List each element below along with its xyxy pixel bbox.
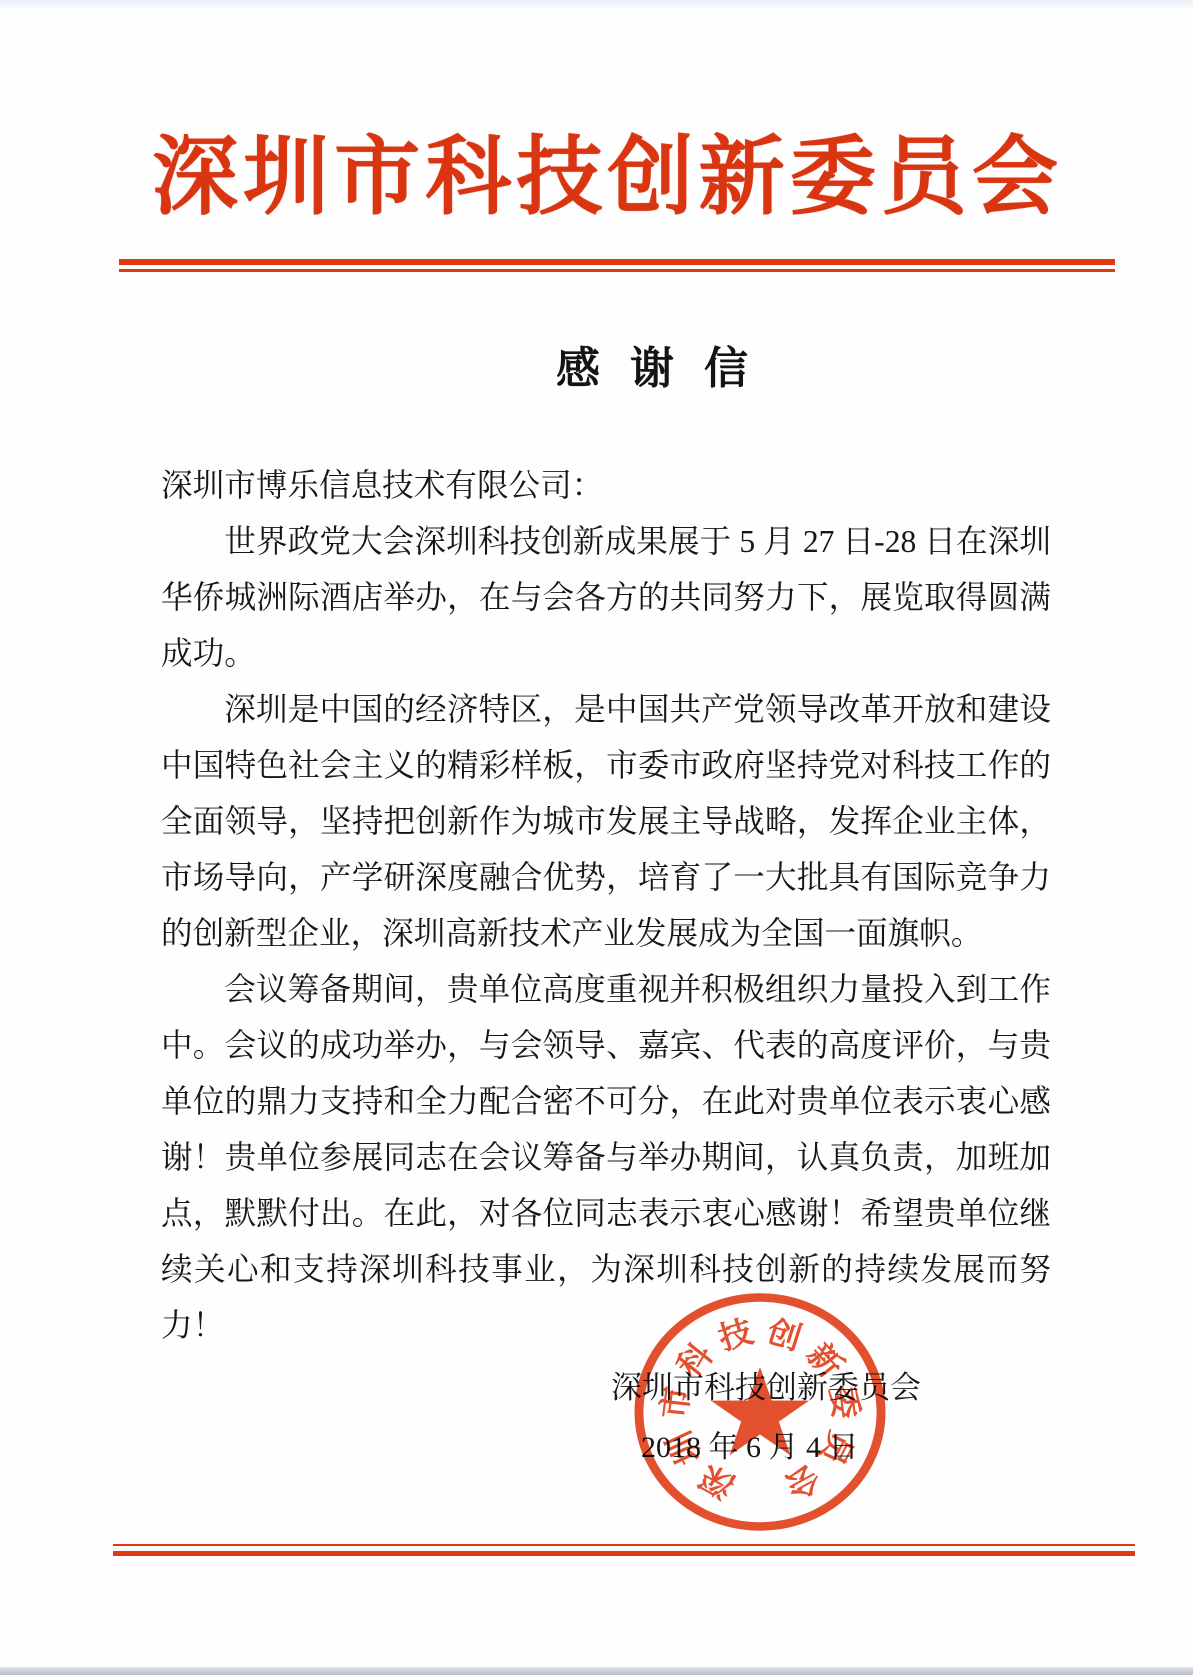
letterhead-org-name: 深圳市科技创新委员会 xyxy=(152,134,1058,220)
document-title: 感谢信 xyxy=(556,347,748,391)
svg-text:委: 委 xyxy=(823,1385,865,1421)
letter-page: 深圳市科技创新委员会 感谢信 深圳市博乐信息技术有限公司： 世界政党大会深圳科技… xyxy=(0,0,1193,1675)
svg-text:科: 科 xyxy=(670,1337,721,1385)
official-seal: 深圳市科技创新委员会 xyxy=(631,1290,889,1534)
svg-text:会: 会 xyxy=(778,1457,826,1504)
footer-rule-thick xyxy=(113,1551,1135,1556)
letter-body: 深圳市博乐信息技术有限公司： 世界政党大会深圳科技创新成果展于 5 月 27 日… xyxy=(161,458,1051,1354)
seal-star-icon xyxy=(711,1367,809,1455)
svg-text:新: 新 xyxy=(799,1337,850,1385)
svg-text:市: 市 xyxy=(656,1385,698,1421)
paragraph-1: 世界政党大会深圳科技创新成果展于 5 月 27 日-28 日在深圳华侨城洲际酒店… xyxy=(161,514,1051,682)
svg-text:深: 深 xyxy=(694,1457,742,1504)
svg-text:员: 员 xyxy=(810,1425,860,1472)
footer-rule-thin xyxy=(113,1544,1135,1546)
paragraph-2: 深圳是中国的经济特区，是中国共产党领导改革开放和建设中国特色社会主义的精彩样板，… xyxy=(161,682,1051,962)
svg-text:创: 创 xyxy=(763,1314,806,1358)
svg-text:圳: 圳 xyxy=(661,1425,709,1469)
paragraph-3: 会议筹备期间，贵单位高度重视并积极组织力量投入到工作中。会议的成功举办，与会领导… xyxy=(161,962,1051,1354)
letterhead-rule-thick xyxy=(119,259,1115,265)
letterhead-rule-thin xyxy=(119,269,1115,272)
salutation: 深圳市博乐信息技术有限公司： xyxy=(161,458,1051,514)
scan-artifact-bottom xyxy=(0,1667,1193,1675)
svg-text:技: 技 xyxy=(714,1314,757,1358)
scan-artifact-top xyxy=(0,0,1193,10)
